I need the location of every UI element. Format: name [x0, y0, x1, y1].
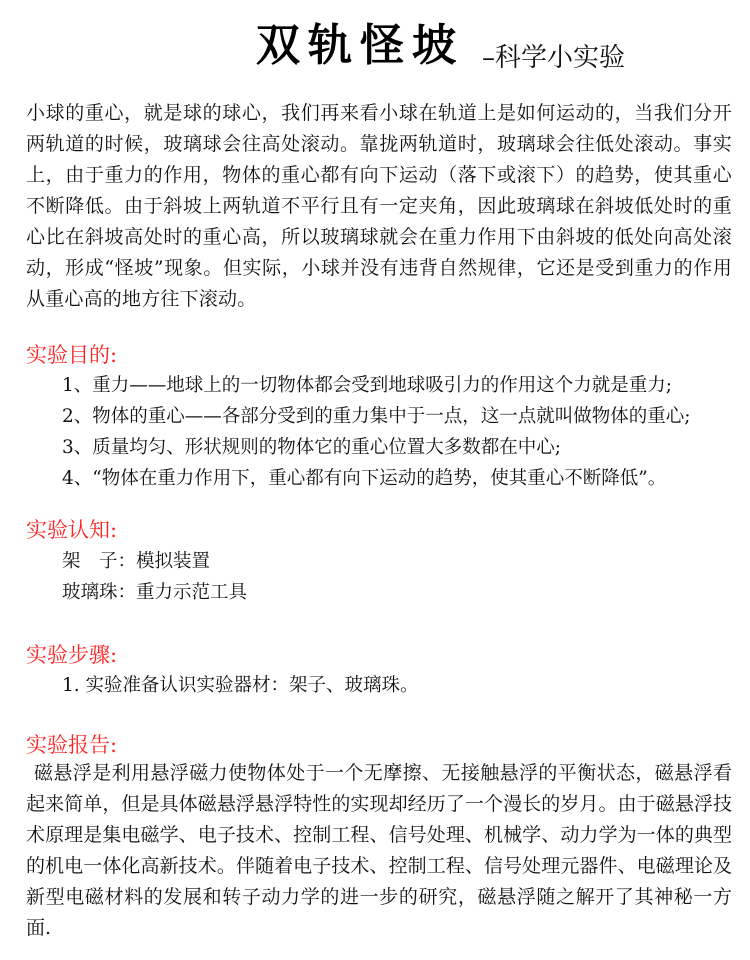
- section-heading-purpose: 实验目的:: [26, 340, 117, 370]
- list-item: 架 子：模拟装置: [62, 546, 247, 577]
- list-item: 玻璃珠：重力示范工具: [62, 577, 247, 608]
- section-heading-report: 实验报告:: [26, 730, 117, 760]
- title-subtitle: –科学小实验: [482, 40, 625, 76]
- cognition-list: 架 子：模拟装置 玻璃珠：重力示范工具: [62, 546, 247, 608]
- title-main: 双轨怪坡: [256, 18, 464, 74]
- intro-paragraph: 小球的重心，就是球的球心，我们再来看小球在轨道上是如何运动的，当我们分开两轨道的…: [26, 98, 732, 315]
- list-item: 1、重力——地球上的一切物体都会受到地球吸引力的作用这个力就是重力;: [62, 370, 691, 401]
- purpose-list: 1、重力——地球上的一切物体都会受到地球吸引力的作用这个力就是重力; 2、物体的…: [62, 370, 691, 494]
- steps-list: 1. 实验准备认识实验器材：架子、玻璃珠。: [62, 670, 419, 701]
- list-item: 1. 实验准备认识实验器材：架子、玻璃珠。: [62, 670, 419, 701]
- report-paragraph: 磁悬浮是利用悬浮磁力使物体处于一个无摩擦、无接触悬浮的平衡状态，磁悬浮看起来简单…: [26, 758, 732, 944]
- section-heading-cognition: 实验认知:: [26, 515, 117, 545]
- list-item: 3、质量均匀、形状规则的物体它的重心位置大多数都在中心;: [62, 432, 691, 463]
- section-heading-steps: 实验步骤:: [26, 640, 117, 670]
- list-item: 4、“物体在重力作用下，重心都有向下运动的趋势，使其重心不断降低”。: [62, 463, 691, 494]
- list-item: 2、物体的重心——各部分受到的重力集中于一点，这一点就叫做物体的重心;: [62, 401, 691, 432]
